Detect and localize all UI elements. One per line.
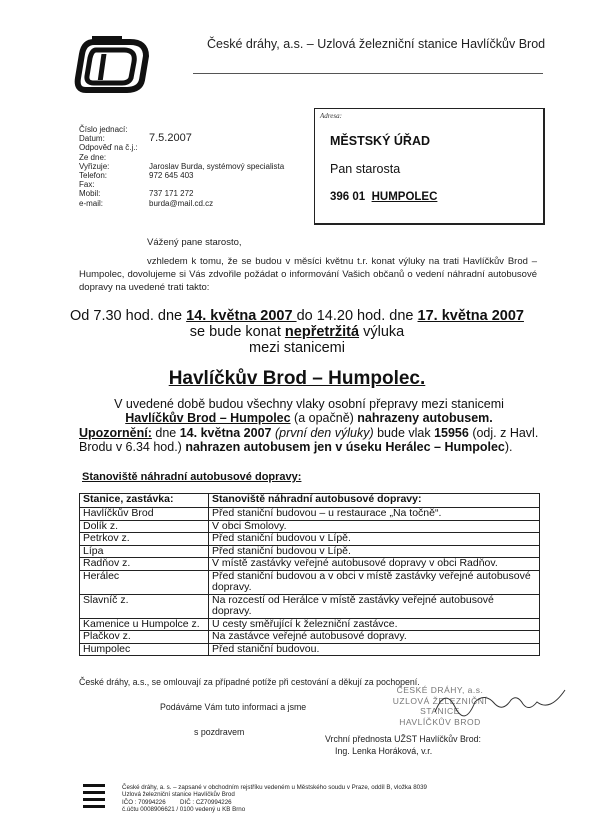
station-cell: Kamenice u Humpolce z. [80,618,209,631]
table-row: HerálecPřed staniční budovou a v obci v … [80,570,540,594]
info-row: e-mail:burda@mail.cd.cz [79,199,284,208]
recipient-city: 396 01 HUMPOLEC [330,191,437,203]
bus-stops-heading: Stanoviště náhradní autobusové dopravy: [82,471,301,483]
bus-stop-cell: Před staniční budovou. [209,643,540,656]
reference-info: Číslo jednací: Datum:7.5.2007 Odpověď na… [79,125,284,208]
table-row: LípaPřed staniční budovou v Lípě. [80,545,540,558]
station-cell: Petrkov z. [80,533,209,546]
bus-stop-cell: Na rozcestí od Herálce v místě zastávky … [209,594,540,618]
bus-stop-cell: Na zastávce veřejné autobusové dopravy. [209,631,540,644]
closure-start-date: 14. května 2007 [186,308,296,324]
station-cell: Lípa [80,545,209,558]
table-row: Kamenice u Humpolce z.U cesty směřující … [80,618,540,631]
bus-stop-cell: V místě zastávky veřejné autobusové dopr… [209,558,540,571]
bus-stop-cell: Před staniční budovou v Lípě. [209,545,540,558]
bus-stop-cell: Před staniční budovou a v obci v místě z… [209,570,540,594]
cd-logo-icon [72,36,152,94]
table-row: Radňov z.V místě zastávky veřejné autobu… [80,558,540,571]
info-row: Fax: [79,180,284,189]
info-row: Datum:7.5.2007 [79,134,284,143]
footer-logo-bars-icon [83,784,105,812]
signer-title: Vrchní přednosta UŽST Havlíčkův Brod: [325,734,481,744]
closing-line: Podáváme Vám tuto informaci a jsme [160,702,306,712]
station-cell: Slavníč z. [80,594,209,618]
intro-paragraph: vzhledem k tomu, že se budou v měsíci kv… [79,256,537,294]
salutation: Vážený pane starosto, [147,237,242,248]
route-title: Havlíčkův Brod – Humpolec. [60,368,534,390]
company-footer: České dráhy, a. s. – zapsané v obchodním… [122,784,427,813]
table-row: Petrkov z.Před staniční budovou v Lípě. [80,533,540,546]
column-header-station: Stanice, zastávka: [80,494,209,508]
info-row: Mobil:737 171 272 [79,189,284,198]
info-row: Telefon:972 645 403 [79,171,284,180]
signature-icon [425,682,575,722]
closure-announcement: Od 7.30 hod. dne 14. května 2007 do 14.2… [60,308,534,356]
table-row: Dolík z.V obci Šmolovy. [80,520,540,533]
station-cell: Dolík z. [80,520,209,533]
bus-stop-cell: Před staniční budovou v Lípě. [209,533,540,546]
table-row: Plačkov z.Na zastávce veřejné autobusové… [80,631,540,644]
header-divider [193,73,543,74]
table-row: HumpolecPřed staniční budovou. [80,643,540,656]
info-row: Odpověď na č.j.: [79,143,284,152]
bus-stops-table: Stanice, zastávka: Stanoviště náhradní a… [79,493,540,656]
table-header-row: Stanice, zastávka: Stanoviště náhradní a… [80,494,540,508]
header-title: České dráhy, a.s. – Uzlová železniční st… [207,37,545,51]
recipient-person: Pan starosta [330,162,400,176]
regards: s pozdravem [194,727,244,737]
apology-text: České dráhy, a.s., se omlouvají za přípa… [79,677,420,687]
table-row: Slavníč z.Na rozcestí od Herálce v místě… [80,594,540,618]
address-label: Adresa: [320,112,342,120]
station-cell: Plačkov z. [80,631,209,644]
table-row: Havlíčkův BrodPřed staniční budovou – u … [80,508,540,521]
info-row: Ze dne: [79,153,284,162]
station-cell: Humpolec [80,643,209,656]
closure-end-date: 17. května 2007 [418,308,524,324]
info-row: Vyřizuje:Jaroslav Burda, systémový speci… [79,162,284,171]
station-cell: Radňov z. [80,558,209,571]
bus-stop-cell: U cesty směřující k železniční zastávce. [209,618,540,631]
bus-stop-cell: Před staniční budovou – u restaurace „Na… [209,508,540,521]
signer-name: Ing. Lenka Horáková, v.r. [335,746,432,756]
recipient-office: MĚSTSKÝ ÚŘAD [330,134,430,148]
station-cell: Havlíčkův Brod [80,508,209,521]
warning-label: Upozornění: [79,426,152,440]
station-cell: Herálec [80,570,209,594]
bus-stop-cell: V obci Šmolovy. [209,520,540,533]
column-header-bus-stop: Stanoviště náhradní autobusové dopravy: [209,494,540,508]
replacement-notice: V uvedené době budou všechny vlaky osobn… [79,397,539,454]
